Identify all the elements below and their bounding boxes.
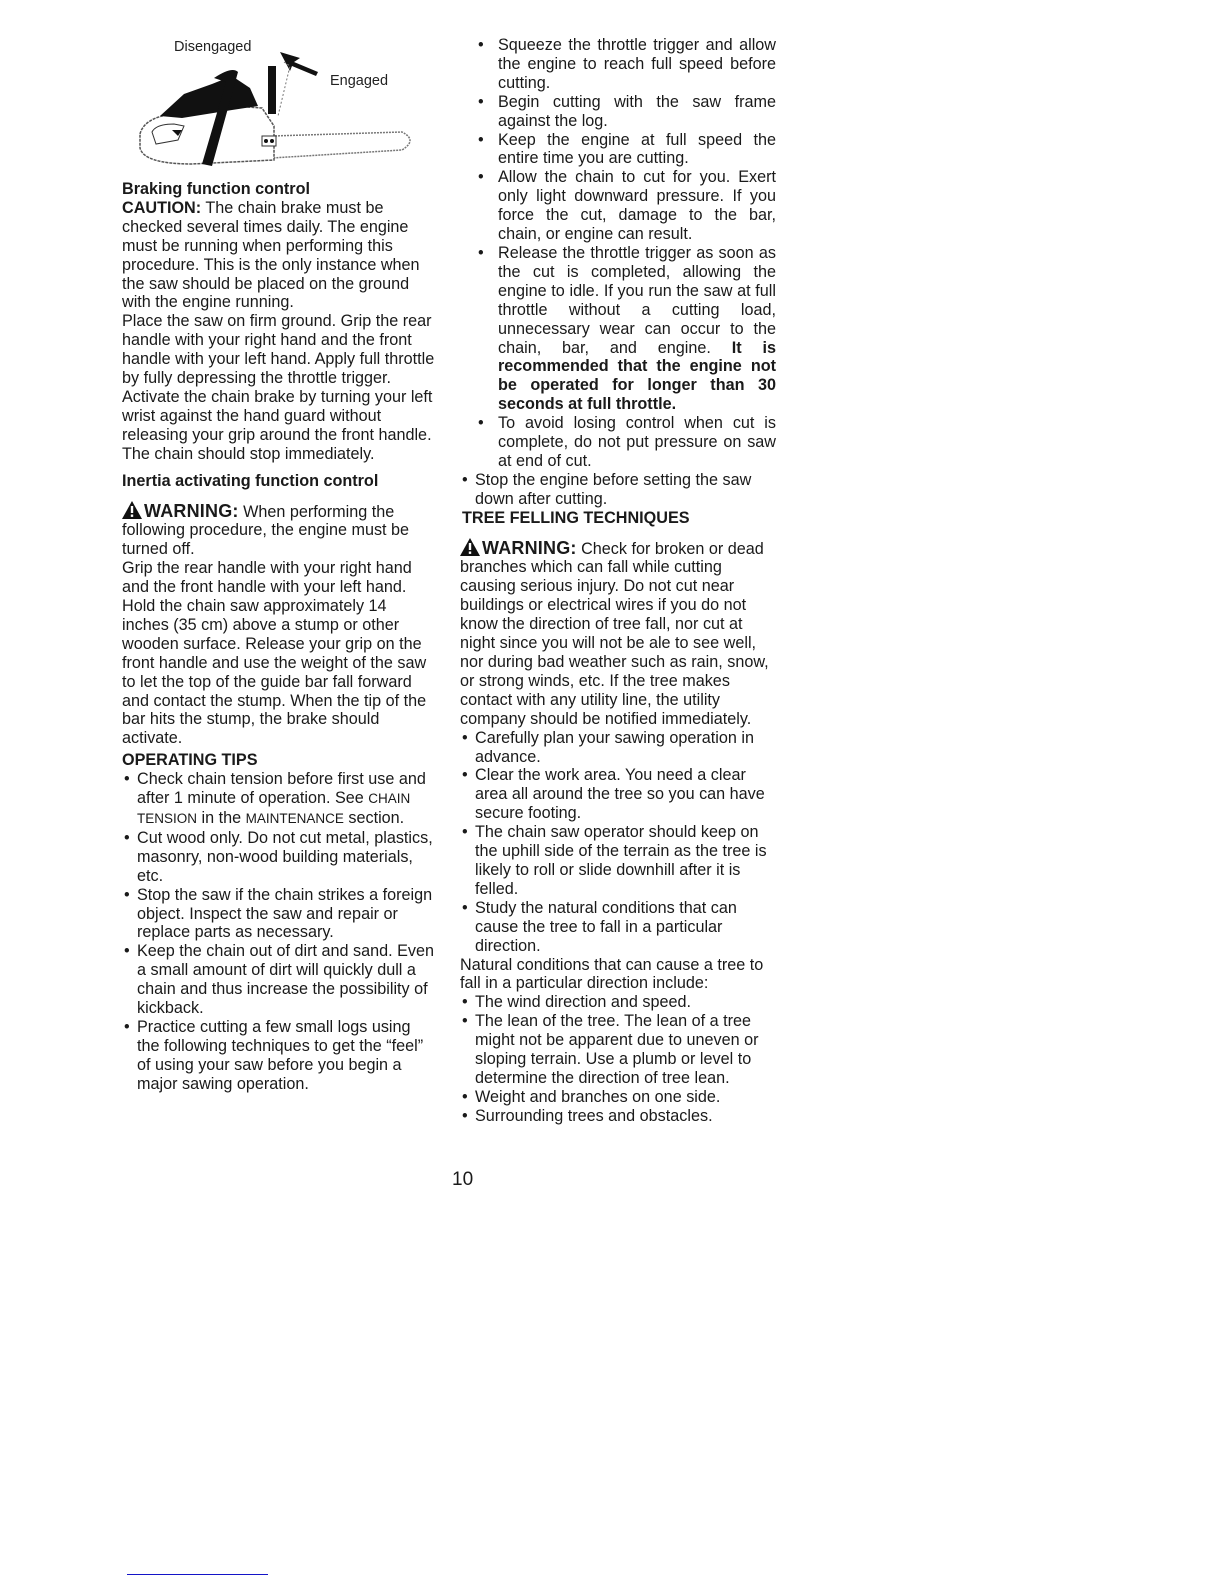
operating-tips-list: Check chain tension before first use and… [122, 770, 437, 1093]
list-item: Stop the saw if the chain strikes a fore… [122, 886, 437, 943]
caution-paragraph: CAUTION: The chain brake must be checked… [122, 199, 437, 312]
list-item: The lean of the tree. The lean of a tree… [460, 1012, 776, 1088]
warning-triangle-icon [122, 501, 142, 519]
stop-tip-list: Stop the engine before setting the saw d… [460, 471, 776, 509]
braking-body: Place the saw on firm ground. Grip the r… [122, 312, 437, 463]
caution-label: CAUTION: [122, 199, 201, 217]
list-item: Practice cutting a few small logs using … [122, 1018, 437, 1094]
warning-label: WARNING: [482, 538, 577, 558]
left-column: Disengaged Engaged Braking function cont [122, 36, 437, 1094]
list-item: The chain saw operator should keep on th… [460, 823, 776, 899]
list-item: To avoid losing control when cut is comp… [462, 414, 776, 471]
tip-text: in the [197, 809, 246, 827]
list-item: Clear the work area. You need a clear ar… [460, 766, 776, 823]
tip-text: section. [344, 809, 404, 827]
warning-triangle-icon [460, 538, 480, 556]
list-item: Allow the chain to cut for you. Exert on… [462, 168, 776, 244]
list-item: Study the natural conditions that can ca… [460, 899, 776, 956]
list-item: Stop the engine before setting the saw d… [460, 471, 776, 509]
warning-label: WARNING: [144, 501, 239, 521]
list-item: Begin cutting with the saw frame against… [462, 93, 776, 131]
tree-felling-heading: TREE FELLING TECHNIQUES [462, 509, 776, 528]
list-item: Weight and branches on one side. [460, 1088, 776, 1107]
list-item: Carefully plan your sawing operation in … [460, 729, 776, 767]
list-item: Release the throttle trigger as soon as … [462, 244, 776, 414]
felling-warning: WARNING: Check for broken or dead branch… [460, 538, 776, 729]
list-item: Keep the chain out of dirt and sand. Eve… [122, 942, 437, 1018]
maintenance-ref: MAINTENANCE [246, 811, 344, 826]
operating-tips-heading: OPERATING TIPS [122, 751, 437, 770]
page-number: 10 [452, 1169, 473, 1191]
chain-brake-figure: Disengaged Engaged [122, 36, 422, 176]
braking-heading: Braking function control [122, 180, 437, 199]
inertia-body: Grip the rear handle with your right han… [122, 559, 437, 748]
felling-tips-list: Carefully plan your sawing operation in … [460, 729, 776, 956]
right-column: Squeeze the throttle trigger and allow t… [462, 36, 776, 1126]
chain-saw-illustration-icon [122, 36, 422, 176]
inertia-heading: Inertia activating function control [122, 472, 437, 491]
list-item: Check chain tension before first use and… [122, 770, 437, 829]
natural-conditions-intro: Natural conditions that can cause a tree… [460, 956, 776, 994]
list-item: Squeeze the throttle trigger and allow t… [462, 36, 776, 93]
natural-conditions-list: The wind direction and speed. The lean o… [460, 993, 776, 1125]
list-item: Cut wood only. Do not cut metal, plastic… [122, 829, 437, 886]
footer-rule [127, 1574, 268, 1575]
inertia-warning: WARNING: When performing the following p… [122, 501, 437, 560]
warning-text: Check for broken or dead branches which … [460, 540, 769, 728]
list-item: Surrounding trees and obstacles. [460, 1107, 776, 1126]
list-item: The wind direction and speed. [460, 993, 776, 1012]
cutting-tips-list: Squeeze the throttle trigger and allow t… [462, 36, 776, 471]
list-item: Keep the engine at full speed the entire… [462, 131, 776, 169]
